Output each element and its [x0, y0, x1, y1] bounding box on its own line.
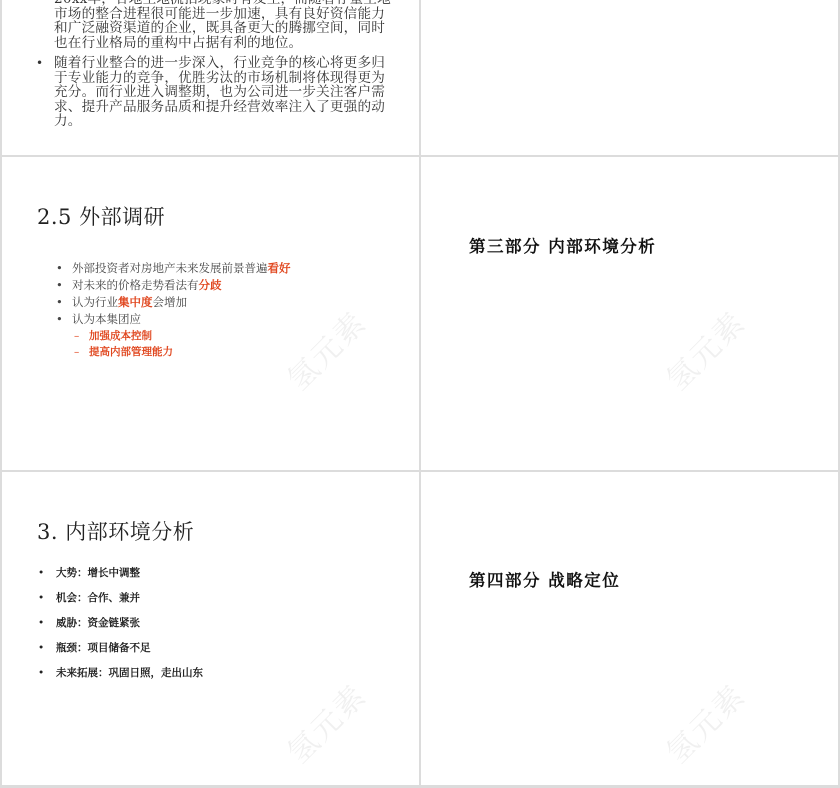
- list-item: • 随着行业整合的进一步深入，行业竞争的核心将更多归于专业能力的竞争，优胜劣汰的…: [36, 56, 396, 129]
- bullet-list: • 大势：增长中调整 • 机会：合作、兼并 • 威胁：资金链紧张 • 瓶颈：项目…: [38, 567, 203, 692]
- bullet-text: 认为行业: [72, 295, 118, 309]
- bullet-text: 随着行业整合的进一步深入，行业竞争的核心将更多归于专业能力的竞争，优胜劣汰的市场…: [54, 55, 385, 129]
- slide-thumbnail-2[interactable]: [421, 0, 838, 155]
- bullet-text-after: 会增加: [153, 295, 188, 309]
- bullet-icon: •: [56, 277, 63, 294]
- bullet-icon: •: [36, 56, 43, 71]
- bullet-icon: •: [56, 294, 63, 311]
- list-item: • 认为本集团应 – 加强成本控制 – 提高内部管理能力: [56, 311, 291, 360]
- bullet-text: 20xx年，各地土地流拍现象时有发生，而随着存量土地市场的整合进程很可能进一步加…: [54, 0, 391, 51]
- bullet-icon: •: [38, 642, 44, 654]
- list-item: • 认为行业集中度会增加: [56, 294, 291, 311]
- highlight-text: 集中度: [118, 295, 153, 309]
- highlight-text: 看好: [268, 261, 291, 275]
- list-item: • 20xx年，各地土地流拍现象时有发生，而随着存量土地市场的整合进程很可能进一…: [36, 0, 396, 50]
- bullet-text: 对未来的价格走势看法有: [72, 278, 199, 292]
- sub-list-item: – 加强成本控制: [74, 328, 291, 344]
- bullet-icon: •: [38, 617, 44, 629]
- list-item: • 瓶颈：项目储备不足: [38, 642, 203, 667]
- bullet-list: • 外部投资者对房地产未来发展前景普遍看好 • 对未来的价格走势看法有分歧 • …: [56, 260, 291, 360]
- bullet-icon: •: [38, 667, 44, 679]
- list-item: • 威胁：资金链紧张: [38, 617, 203, 642]
- section-title: 第三部分 内部环境分析: [469, 233, 656, 257]
- bullet-icon: •: [38, 592, 44, 604]
- sub-bullet-list: – 加强成本控制 – 提高内部管理能力: [74, 328, 291, 360]
- bullet-icon: •: [56, 311, 63, 328]
- list-item: • 外部投资者对房地产未来发展前景普遍看好: [56, 260, 291, 277]
- slide-title: 2.5 外部调研: [37, 201, 165, 231]
- slide-thumbnail-6[interactable]: 第四部分 战略定位 氢元素: [421, 472, 838, 785]
- bullet-text: 认为本集团应: [72, 312, 141, 326]
- bullet-icon: •: [36, 0, 43, 7]
- highlight-text: 分歧: [199, 278, 222, 292]
- bullet-text: 未来拓展：巩固日照，走出山东: [56, 667, 203, 679]
- watermark: 氢元素: [655, 300, 754, 399]
- paragraph-bullet-list: • 20xx年，各地土地流拍现象时有发生，而随着存量土地市场的整合进程很可能进一…: [36, 0, 396, 135]
- slide-thumbnail-4[interactable]: 第三部分 内部环境分析 氢元素: [421, 157, 838, 470]
- watermark: 氢元素: [276, 673, 375, 772]
- watermark: 氢元素: [655, 673, 754, 772]
- sub-bullet-text: 提高内部管理能力: [89, 346, 173, 358]
- bullet-text: 外部投资者对房地产未来发展前景普遍: [72, 261, 268, 275]
- bullet-text: 机会：合作、兼并: [56, 592, 140, 604]
- sub-bullet-text: 加强成本控制: [89, 330, 152, 342]
- dash-icon: –: [74, 344, 79, 360]
- bullet-text: 威胁：资金链紧张: [56, 617, 140, 629]
- list-item: • 未来拓展：巩固日照，走出山东: [38, 667, 203, 692]
- list-item: • 大势：增长中调整: [38, 567, 203, 592]
- bullet-icon: •: [56, 260, 63, 277]
- bullet-icon: •: [38, 567, 44, 579]
- list-item: • 对未来的价格走势看法有分歧: [56, 277, 291, 294]
- section-title: 第四部分 战略定位: [469, 567, 620, 591]
- bullet-text: 瓶颈：项目储备不足: [56, 642, 151, 654]
- slide-thumbnail-5[interactable]: 3. 内部环境分析 • 大势：增长中调整 • 机会：合作、兼并 • 威胁：资金链…: [2, 472, 419, 785]
- bullet-text: 大势：增长中调整: [56, 567, 140, 579]
- dash-icon: –: [74, 328, 79, 344]
- sub-list-item: – 提高内部管理能力: [74, 344, 291, 360]
- slide-thumbnail-3[interactable]: 2.5 外部调研 • 外部投资者对房地产未来发展前景普遍看好 • 对未来的价格走…: [2, 157, 419, 470]
- list-item: • 机会：合作、兼并: [38, 592, 203, 617]
- slide-thumbnail-1[interactable]: • 20xx年，各地土地流拍现象时有发生，而随着存量土地市场的整合进程很可能进一…: [2, 0, 419, 155]
- slide-title: 3. 内部环境分析: [37, 516, 194, 546]
